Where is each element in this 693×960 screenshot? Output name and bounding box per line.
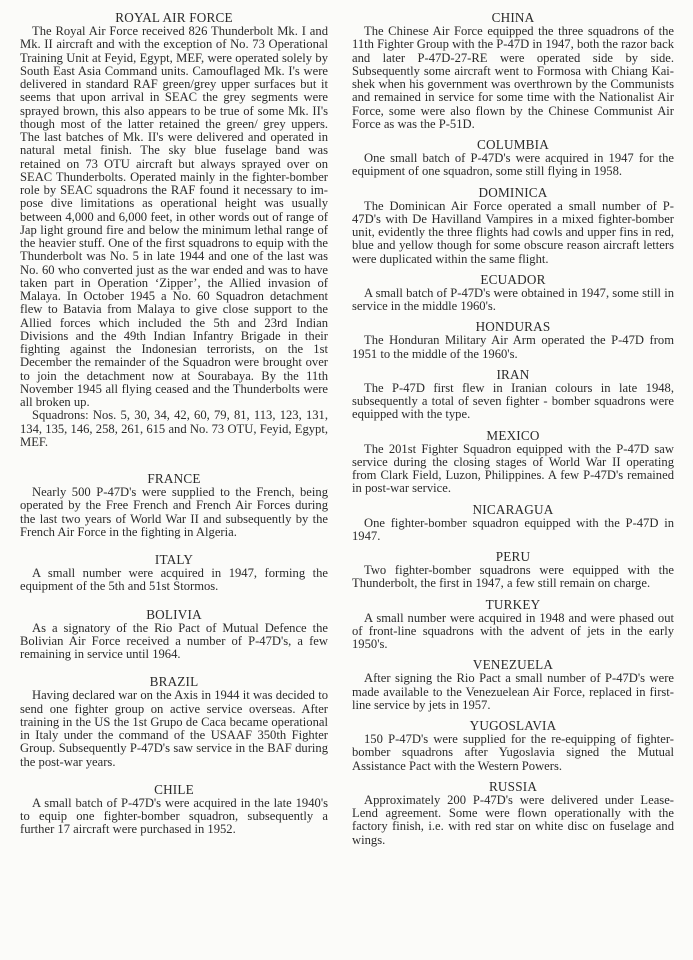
section-body: The Honduran Military Air Arm operated t… bbox=[352, 334, 674, 361]
section-venezuela: VENEZUELA After signing the Rio Pact a s… bbox=[352, 657, 674, 712]
section-heading: ROYAL AIR FORCE bbox=[20, 10, 328, 25]
section-heading: MEXICO bbox=[352, 428, 674, 443]
section-royal-air-force: ROYAL AIR FORCE The Royal Air Force rece… bbox=[20, 10, 328, 409]
section-iran: IRAN The P-47D first flew in Iranian col… bbox=[352, 367, 674, 422]
section-body: Two fighter-bomber squadrons were equipp… bbox=[352, 564, 674, 591]
section-yugoslavia: YUGOSLAVIA 150 P-47D's were supplied for… bbox=[352, 718, 674, 773]
section-heading: DOMINICA bbox=[352, 185, 674, 200]
section-heading: ECUADOR bbox=[352, 272, 674, 287]
section-body: Approximately 200 P-47D's were delivered… bbox=[352, 794, 674, 847]
section-heading: NICARAGUA bbox=[352, 502, 674, 517]
section-body: As a signatory of the Rio Pact of Mutual… bbox=[20, 622, 328, 662]
section-raf-squadrons: Squadrons: Nos. 5, 30, 34, 42, 60, 79, 8… bbox=[20, 409, 328, 449]
section-italy: ITALY A small number were acquired in 19… bbox=[20, 552, 328, 594]
section-honduras: HONDURAS The Honduran Military Air Arm o… bbox=[352, 319, 674, 361]
section-body: After signing the Rio Pact a small numbe… bbox=[352, 672, 674, 712]
section-france: FRANCE Nearly 500 P-47D's were supplied … bbox=[20, 471, 328, 539]
section-heading: CHILE bbox=[20, 782, 328, 797]
section-turkey: TURKEY A small number were acquired in 1… bbox=[352, 597, 674, 652]
section-heading: HONDURAS bbox=[352, 319, 674, 334]
section-china: CHINA The Chinese Air Force equipped the… bbox=[352, 10, 674, 131]
section-mexico: MEXICO The 201st Fighter Squadron equipp… bbox=[352, 428, 674, 496]
section-body: Nearly 500 P-47D's were supplied to the … bbox=[20, 486, 328, 539]
section-chile: CHILE A small batch of P-47D's were acqu… bbox=[20, 782, 328, 837]
section-body: A small number were acquired in 1948 and… bbox=[352, 612, 674, 652]
section-columbia: COLUMBIA One small batch of P-47D's were… bbox=[352, 137, 674, 179]
section-heading: BOLIVIA bbox=[20, 607, 328, 622]
section-body: Having declared war on the Axis in 1944 … bbox=[20, 689, 328, 769]
section-body: One small batch of P-47D's were acquired… bbox=[352, 152, 674, 179]
section-ecuador: ECUADOR A small batch of P-47D's were ob… bbox=[352, 272, 674, 314]
section-heading: RUSSIA bbox=[352, 779, 674, 794]
section-heading: COLUMBIA bbox=[352, 137, 674, 152]
section-body: 150 P-47D's were supplied for the re-equ… bbox=[352, 733, 674, 773]
section-brazil: BRAZIL Having declared war on the Axis i… bbox=[20, 674, 328, 769]
section-body: A small batch of P-47D's were acquired i… bbox=[20, 797, 328, 837]
section-heading: IRAN bbox=[352, 367, 674, 382]
document-page: ROYAL AIR FORCE The Royal Air Force rece… bbox=[0, 0, 693, 960]
section-body: The 201st Fighter Squadron equipped with… bbox=[352, 443, 674, 496]
section-body: The Royal Air Force received 826 Thunder… bbox=[20, 25, 328, 409]
section-heading: CHINA bbox=[352, 10, 674, 25]
left-column: ROYAL AIR FORCE The Royal Air Force rece… bbox=[20, 10, 328, 850]
section-heading: FRANCE bbox=[20, 471, 328, 486]
section-body: A small batch of P-47D's were obtained i… bbox=[352, 287, 674, 314]
section-body: The P-47D first flew in Iranian colours … bbox=[352, 382, 674, 422]
section-heading: BRAZIL bbox=[20, 674, 328, 689]
section-russia: RUSSIA Approximately 200 P-47D's were de… bbox=[352, 779, 674, 847]
section-bolivia: BOLIVIA As a signatory of the Rio Pact o… bbox=[20, 607, 328, 662]
section-nicaragua: NICARAGUA One fighter-bomber squadron eq… bbox=[352, 502, 674, 544]
section-heading: YUGOSLAVIA bbox=[352, 718, 674, 733]
section-heading: PERU bbox=[352, 549, 674, 564]
section-heading: TURKEY bbox=[352, 597, 674, 612]
section-body: One fighter-bomber squadron equipped wit… bbox=[352, 517, 674, 544]
section-peru: PERU Two fighter-bomber squadrons were e… bbox=[352, 549, 674, 591]
section-dominica: DOMINICA The Dominican Air Force operate… bbox=[352, 185, 674, 266]
section-body: The Dominican Air Force operated a small… bbox=[352, 200, 674, 266]
section-heading: VENEZUELA bbox=[352, 657, 674, 672]
right-column: CHINA The Chinese Air Force equipped the… bbox=[352, 10, 674, 853]
section-body: A small number were acquired in 1947, fo… bbox=[20, 567, 328, 594]
squadron-list: Squadrons: Nos. 5, 30, 34, 42, 60, 79, 8… bbox=[20, 409, 328, 449]
section-body: The Chinese Air Force equipped the three… bbox=[352, 25, 674, 131]
section-heading: ITALY bbox=[20, 552, 328, 567]
